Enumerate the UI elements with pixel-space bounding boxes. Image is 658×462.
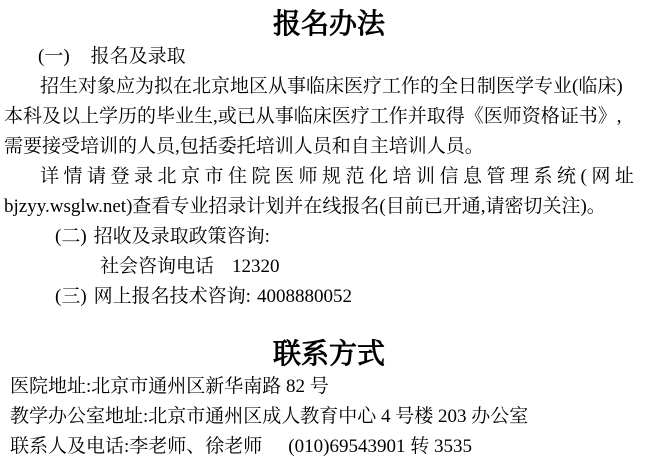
contact-section: 联系方式 医院地址:北京市通州区新华南路 82 号 教学办公室地址:北京市通州区… [4, 338, 654, 462]
social-hotline-row: 社会咨询电话12320 [4, 252, 654, 282]
paragraph-line-with-url: bjzyy.wsglw.net)查看专业招录计划并在线报名(目前已开通,请密切关… [4, 192, 654, 222]
list-item-label: 网上报名技术咨询: [94, 286, 251, 307]
list-item-enrollment: (一)报名及录取 [4, 42, 654, 72]
contact-section-title: 联系方式 [4, 338, 654, 372]
list-item-number: (一) [38, 46, 70, 67]
list-item-label: 报名及录取 [91, 46, 186, 67]
registration-section: 报名办法 (一)报名及录取 招生对象应为拟在北京地区从事临床医疗工作的全日制医学… [4, 8, 654, 312]
contact-person-label: 联系人及电话: [10, 436, 129, 457]
tech-consult-phone: 4008880052 [257, 286, 352, 307]
paragraph-line: 本科及以上学历的毕业生,或已从事临床医疗工作并取得《医师资格证书》, [4, 102, 654, 132]
paragraph-line: 需要接受培训的人员,包括委托培训人员和自主培训人员。 [4, 132, 654, 162]
contact-person-names: 李老师、徐老师 [129, 436, 262, 457]
hospital-address-label: 医院地址: [10, 376, 91, 397]
registration-section-title: 报名办法 [4, 8, 654, 42]
paragraph-line: 招生对象应为拟在北京地区从事临床医疗工作的全日制医学专业(临床) [4, 72, 654, 102]
office-address-row: 教学办公室地址:北京市通州区成人教育中心 4 号楼 203 办公室 [4, 402, 654, 432]
contact-phone: (010)69543901 转 3535 [288, 436, 472, 457]
contact-person-row: 联系人及电话:李老师、徐老师(010)69543901 转 3535 [4, 432, 654, 462]
list-item-number: (三) [55, 286, 87, 307]
hotline-number: 12320 [232, 256, 280, 277]
list-item-policy-consult: (二)招收及录取政策咨询: [4, 222, 654, 252]
list-item-number: (二) [55, 226, 87, 247]
hotline-label: 社会咨询电话 [100, 256, 214, 277]
list-item-tech-consult: (三)网上报名技术咨询:4008880052 [4, 282, 654, 312]
office-address-value: 北京市通州区成人教育中心 4 号楼 203 办公室 [148, 406, 528, 427]
paragraph-line: 详情请登录北京市住院医师规范化培训信息管理系统(网址 [4, 162, 654, 192]
hospital-address-value: 北京市通州区新华南路 82 号 [91, 376, 329, 397]
hospital-address-row: 医院地址:北京市通州区新华南路 82 号 [4, 372, 654, 402]
document-page: 报名办法 (一)报名及录取 招生对象应为拟在北京地区从事临床医疗工作的全日制医学… [0, 8, 658, 462]
office-address-label: 教学办公室地址: [10, 406, 148, 427]
list-item-label: 招收及录取政策咨询: [94, 226, 270, 247]
